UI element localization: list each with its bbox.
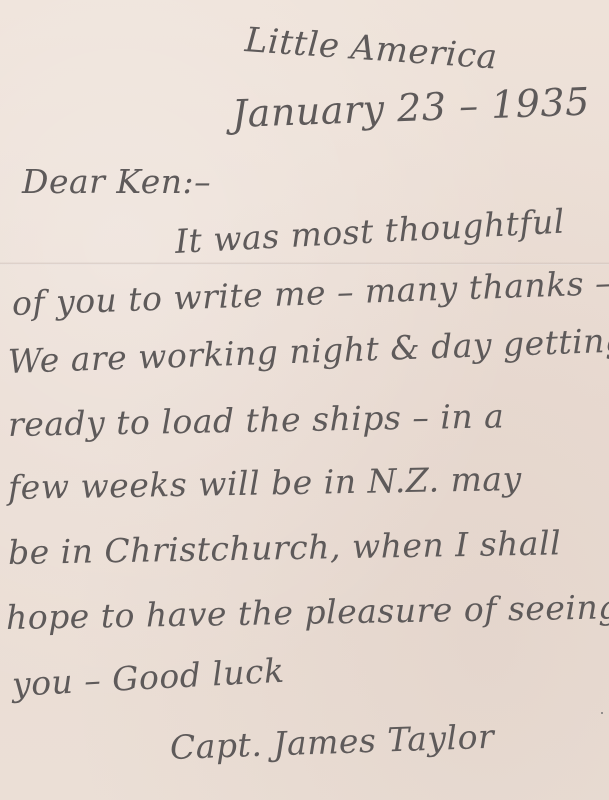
paper-fold-crease [0,262,609,265]
paper-mark [601,712,603,714]
letter-salutation: Dear Ken:– [22,162,211,201]
